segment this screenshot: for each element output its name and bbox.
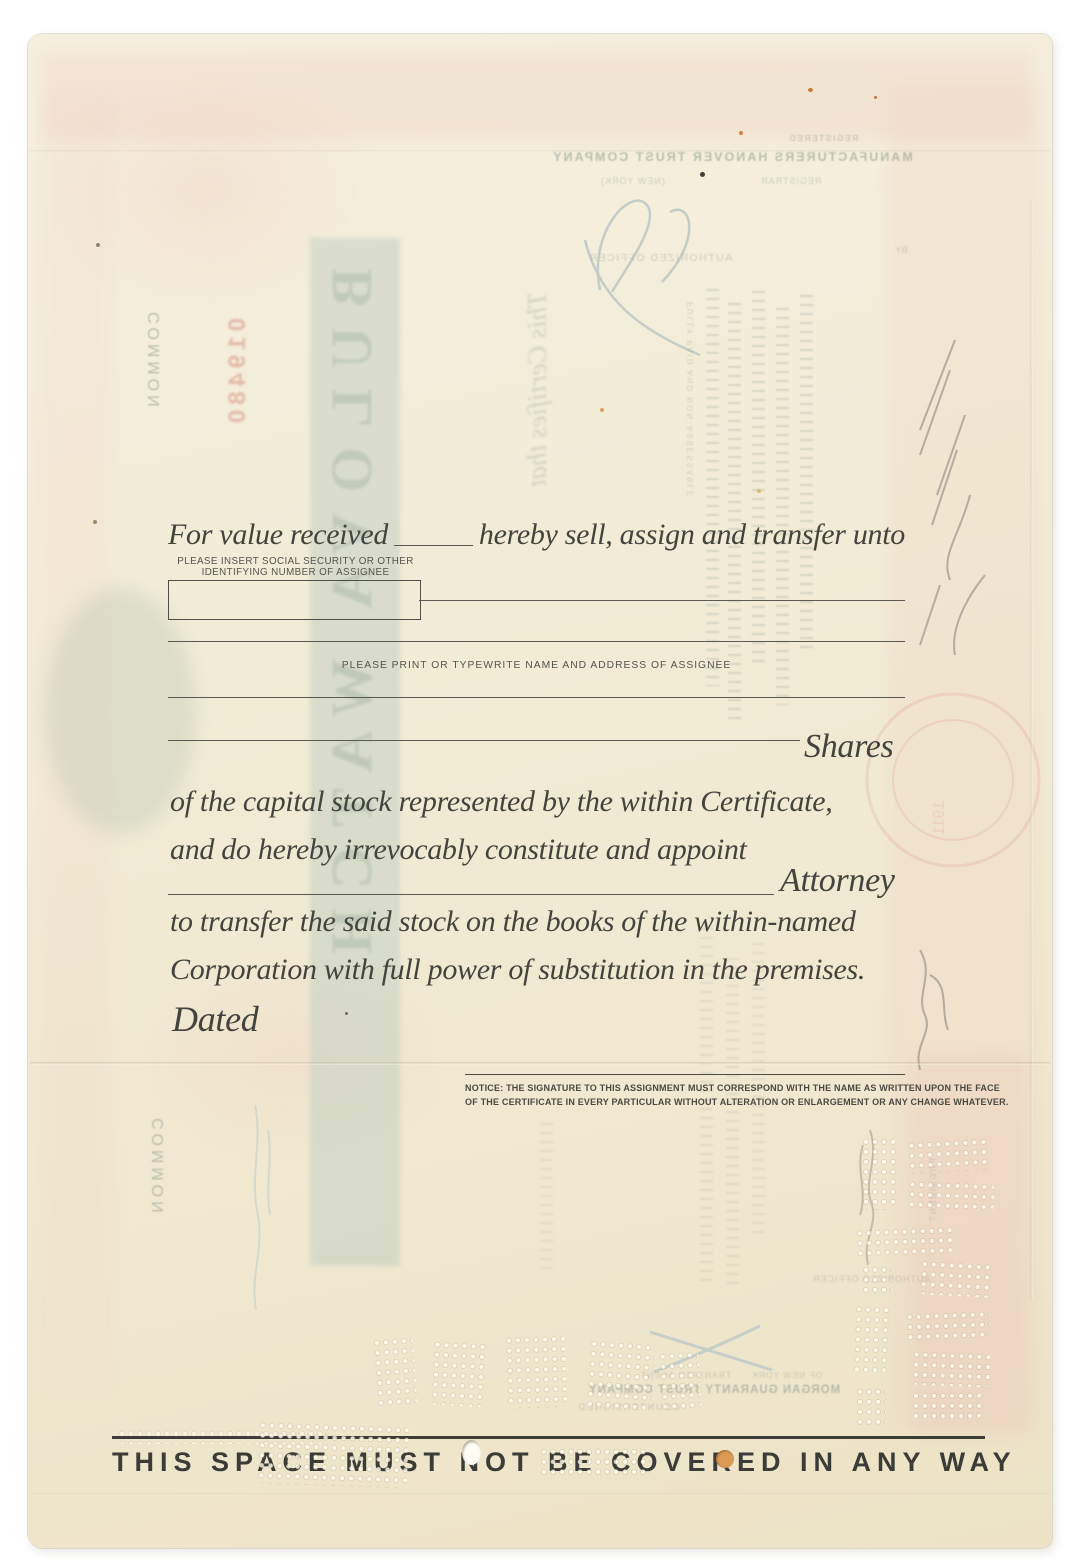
perforation-cluster — [906, 1311, 991, 1344]
ssn-entry-box — [168, 580, 421, 620]
signature-line — [465, 1074, 905, 1075]
value-tail-text: hereby sell, assign and transfer unto — [479, 518, 905, 552]
perforation-cluster — [430, 1341, 487, 1408]
body-line-3: to transfer the said stock on the books … — [170, 898, 912, 946]
notice-line-1: NOTICE: THE SIGNATURE TO THIS ASSIGNMENT… — [465, 1082, 925, 1096]
body-line-1: of the capital stock represented by the … — [170, 778, 912, 826]
notice-block: NOTICE: THE SIGNATURE TO THIS ASSIGNMENT… — [465, 1082, 925, 1109]
value-received-line: For value received hereby sell, assign a… — [168, 502, 905, 552]
stain-speck — [93, 520, 97, 524]
ssn-instruction-line2: IDENTIFYING NUMBER OF ASSIGNEE — [168, 567, 423, 578]
assignee-line-1 — [419, 600, 905, 601]
shares-label: Shares — [804, 728, 894, 766]
stain-speck — [808, 88, 813, 92]
perforation-cluster — [856, 1388, 886, 1428]
certificate-paper: BULOVA WATCH REGISTERED MANUFACTURERS HA… — [28, 34, 1052, 1548]
stain-speck — [600, 408, 604, 412]
perforation-cluster — [505, 1335, 567, 1409]
shares-line — [168, 740, 800, 741]
stain-speck — [345, 1012, 348, 1015]
assignor-blank-line — [394, 544, 473, 546]
perforation-cluster — [373, 1337, 418, 1410]
perforation-cluster — [919, 1260, 993, 1298]
perforation-cluster — [908, 1181, 995, 1212]
stain-speck — [96, 243, 100, 247]
perforation-cluster — [862, 1138, 896, 1210]
assignee-line-3 — [168, 697, 905, 698]
assignment-body-2: to transfer the said stock on the books … — [170, 898, 912, 994]
perforation-cluster — [856, 1226, 953, 1259]
punch-hole — [716, 1450, 734, 1468]
body-line-4: Corporation with full power of substitut… — [170, 946, 912, 994]
value-lead-text: For value received — [168, 518, 388, 552]
punch-hole — [462, 1440, 481, 1465]
perforation-cluster — [586, 1340, 656, 1410]
assignee-caption: PLEASE PRINT OR TYPEWRITE NAME AND ADDRE… — [168, 660, 905, 671]
stain-speck — [757, 489, 761, 493]
assignment-body-1: of the capital stock represented by the … — [170, 778, 912, 874]
attorney-line — [168, 894, 774, 895]
ssn-instruction: PLEASE INSERT SOCIAL SECURITY OR OTHER I… — [168, 556, 423, 578]
perforation-cluster — [659, 1351, 702, 1411]
attorney-label: Attorney — [780, 862, 895, 900]
stain-speck — [739, 131, 743, 135]
perforation-cluster — [853, 1305, 889, 1372]
perforation-cluster — [118, 1430, 328, 1444]
perforation-cluster — [907, 1138, 991, 1174]
stain-speck — [700, 172, 705, 177]
fold-crease-vertical — [1030, 200, 1033, 1300]
fold-crease — [30, 1493, 1050, 1496]
dated-label: Dated — [172, 998, 258, 1040]
perforation-cluster — [862, 1266, 892, 1296]
notice-line-2: OF THE CERTIFICATE IN EVERY PARTICULAR W… — [465, 1096, 925, 1110]
assignee-line-2 — [168, 641, 905, 642]
fold-crease — [30, 1062, 1050, 1065]
transfer-agent-location: OF NEW YORK — [751, 1370, 822, 1380]
perforation-cluster — [540, 1448, 650, 1478]
fold-crease — [30, 150, 1050, 153]
ssn-instruction-line1: PLEASE INSERT SOCIAL SECURITY OR OTHER — [168, 556, 423, 567]
stain-speck — [874, 96, 877, 99]
perforation-cluster — [912, 1392, 982, 1418]
scanned-stock-certificate-back: { "colors":{ "paper":"#f2ecd6","ink":"#4… — [0, 0, 1080, 1560]
perforation-cluster — [911, 1351, 990, 1388]
